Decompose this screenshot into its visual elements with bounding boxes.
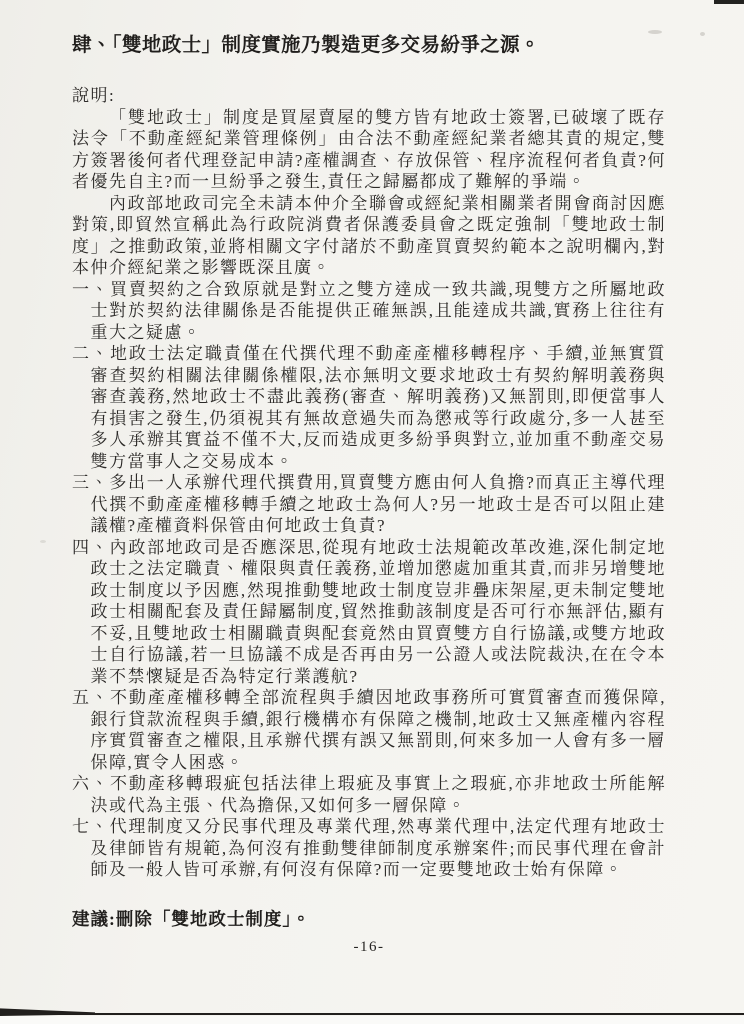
list-item-number: 一、 — [72, 280, 110, 299]
list-item-number: 二、 — [72, 344, 110, 363]
list-item-number: 七、 — [72, 817, 110, 836]
list-item-6: 六、不動產移轉瑕疵包括法律上瑕疵及事實上之瑕疵,亦非地政士所能解決或代為主張、代… — [72, 773, 666, 816]
list-item-number: 六、 — [72, 774, 110, 793]
scan-smudge — [40, 540, 46, 543]
list-item-4: 四、內政部地政司是否應深思,從現有地政士法規範改革改進,深化制定地政士之法定職責… — [72, 537, 666, 688]
list-item-text: 買賣契約之合致原就是對立之雙方達成一致共識,現雙方之所屬地政士對於契約法律關係是… — [91, 280, 667, 342]
list-item-5: 五、不動產產權移轉全部流程與手續因地政事務所可實質審查而獲保障,銀行貸款流程與手… — [72, 687, 666, 773]
list-item-1: 一、買賣契約之合致原就是對立之雙方達成一致共識,現雙方之所屬地政士對於契約法律關… — [72, 279, 666, 344]
document-content: 肆、「雙地政士」制度實施乃製造更多交易紛爭之源。 說明: 「雙地政士」制度是買屋… — [72, 34, 666, 956]
list-item-text: 代理制度又分民事代理及專業代理,然專業代理中,法定代理有地政士及律師皆有規範,為… — [91, 817, 667, 879]
document-body: 說明: 「雙地政士」制度是買屋賣屋的雙方皆有地政士簽署,已破壞了既存法令「不動產… — [72, 85, 666, 881]
page-number: -16- — [72, 939, 666, 956]
scan-edge-line — [0, 1013, 744, 1015]
intro-paragraph: 「雙地政士」制度是買屋賣屋的雙方皆有地政士簽署,已破壞了既存法令「不動產經紀業管… — [72, 107, 666, 193]
list-item-text: 不動產產權移轉全部流程與手續因地政事務所可實質審查而獲保障,銀行貸款流程與手續,… — [91, 688, 667, 772]
list-item-number: 五、 — [72, 688, 110, 707]
scan-smudge — [700, 32, 705, 36]
section-title: 肆、「雙地政士」制度實施乃製造更多交易紛爭之源。 — [72, 34, 666, 58]
list-item-7: 七、代理制度又分民事代理及專業代理,然專業代理中,法定代理有地政士及律師皆有規範… — [72, 816, 666, 881]
list-item-number: 四、 — [72, 538, 110, 557]
list-item-2: 二、地政士法定職責僅在代撰代理不動產產權移轉程序、手續,並無實質審查契約相關法律… — [72, 343, 666, 472]
list-item-text: 不動產移轉瑕疵包括法律上瑕疵及事實上之瑕疵,亦非地政士所能解決或代為主張、代為擔… — [91, 774, 667, 815]
suggestion-line: 建議:刪除「雙地政士制度」。 — [72, 908, 666, 930]
scan-corner-mark — [714, 0, 744, 4]
scan-smudge — [648, 30, 662, 34]
intro-paragraph: 內政部地政司完全未請本仲介全聯會或經紀業相關業者開會商討因應對策,即貿然宣稱此為… — [72, 193, 666, 279]
scanned-document-page: 肆、「雙地政士」制度實施乃製造更多交易紛爭之源。 說明: 「雙地政士」制度是買屋… — [0, 0, 744, 1024]
list-item-text: 內政部地政司是否應深思,從現有地政士法規範改革改進,深化制定地政士之法定職責、權… — [91, 538, 667, 686]
list-item-number: 三、 — [72, 473, 109, 492]
explanation-label: 說明: — [72, 85, 666, 107]
list-item-3: 三、多出一人承辦代理代撰費用,買賣雙方應由何人負擔?而真正主導代理代撰不動產產權… — [72, 472, 666, 537]
list-item-text: 地政士法定職責僅在代撰代理不動產產權移轉程序、手續,並無實質審查契約相關法律關係… — [91, 344, 667, 471]
scan-bottom-paper-edge — [0, 1016, 744, 1024]
list-item-text: 多出一人承辦代理代撰費用,買賣雙方應由何人負擔?而真正主導代理代撰不動產產權移轉… — [91, 473, 667, 535]
